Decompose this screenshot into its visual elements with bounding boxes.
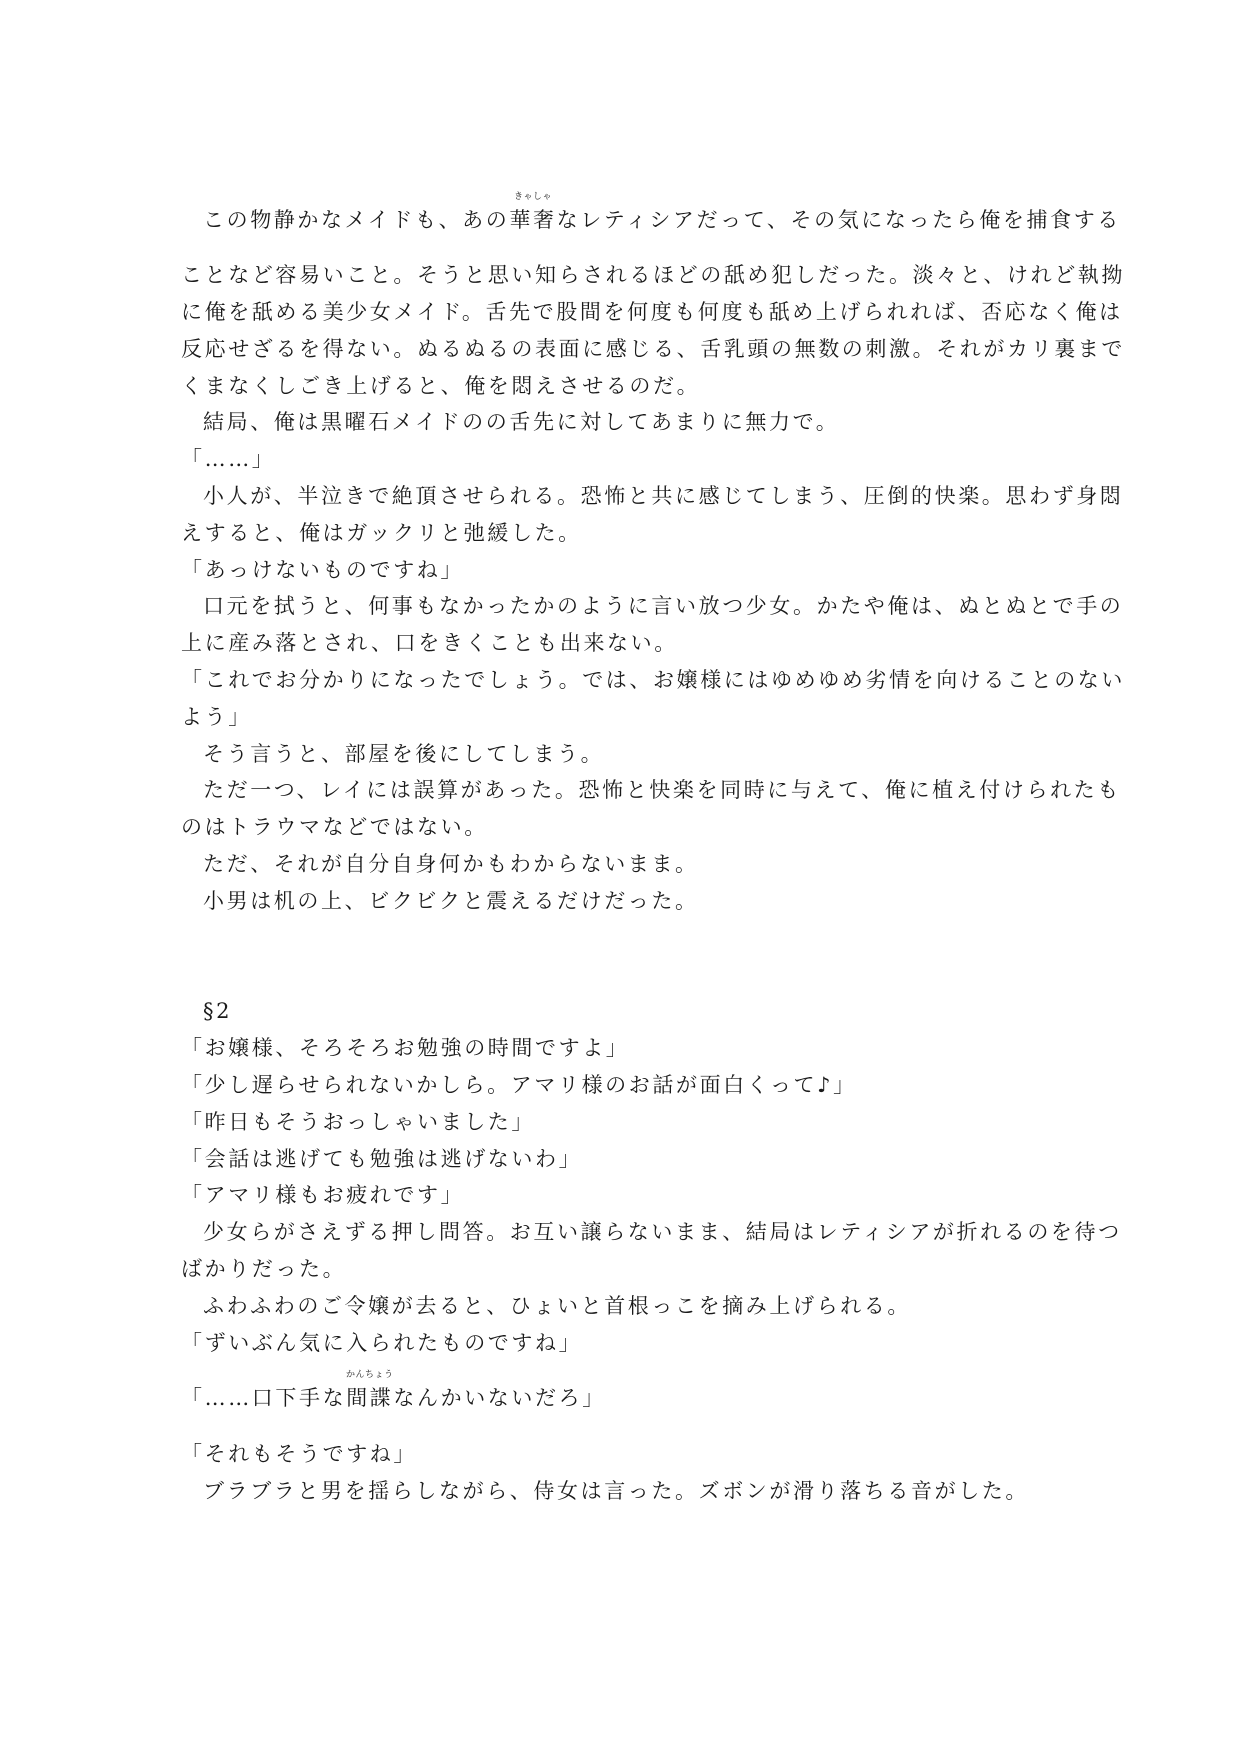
text-line: 「……口下手な間諜かんちょうなんかいないだろ」 bbox=[181, 1384, 1051, 1412]
text-line: 「それもそうですね」 bbox=[181, 1440, 1051, 1468]
ruby-word: 華奢きゃしゃ bbox=[509, 206, 556, 234]
ruby-base: 間諜 bbox=[346, 1386, 393, 1410]
text-line: この物静かなメイドも、あの華奢きゃしゃなレティシアだって、その気になったら俺を捕… bbox=[181, 206, 1051, 234]
text-line: ただ一つ、レイには誤算があった。恐怖と快楽を同時に与えて、俺に植え付けられたも bbox=[181, 776, 1051, 804]
ruby-annotation: かんちょう bbox=[346, 1370, 394, 1380]
text-line: 「あっけないものですね」 bbox=[181, 556, 1051, 584]
text-line: ばかりだった。 bbox=[181, 1255, 1051, 1283]
text-line: 「お嬢様、そろそろお勉強の時間ですよ」 bbox=[181, 1034, 1051, 1062]
text-line: ことなど容易いこと。そうと思い知らされるほどの舐め犯しだった。淡々と、けれど執拗 bbox=[181, 261, 1051, 289]
text-line: ただ、それが自分自身何かもわからないまま。 bbox=[181, 850, 1051, 878]
text-line: に俺を舐める美少女メイド。舌先で股間を何度も何度も舐め上げられれば、否応なく俺は bbox=[181, 298, 1051, 326]
text-line: えすると、俺はガックリと弛緩した。 bbox=[181, 519, 1051, 547]
text-line: 「……」 bbox=[181, 445, 1051, 473]
text-segment: この物静かなメイドも、あの bbox=[203, 208, 509, 232]
text-line: 口元を拭うと、何事もなかったかのように言い放つ少女。かたや俺は、ぬとぬとで手の bbox=[181, 592, 1051, 620]
text-line: ふわふわのご令嬢が去ると、ひょいと首根っこを摘み上げられる。 bbox=[181, 1292, 1051, 1320]
text-line: 「少し遅らせられないかしら。アマリ様のお話が面白くって♪」 bbox=[181, 1071, 1051, 1099]
text-line: のはトラウマなどではない。 bbox=[181, 813, 1051, 841]
text-line: 「昨日もそうおっしゃいました」 bbox=[181, 1108, 1051, 1136]
ruby-word: 間諜かんちょう bbox=[346, 1384, 393, 1412]
text-segment: 「……口下手な bbox=[181, 1386, 346, 1410]
text-line: 上に産み落とされ、口をきくことも出来ない。 bbox=[181, 629, 1051, 657]
text-line: よう」 bbox=[181, 703, 1051, 731]
text-line: 少女らがさえずる押し問答。お互い譲らないまま、結局はレティシアが折れるのを待つ bbox=[181, 1218, 1051, 1246]
section-heading: §2 bbox=[181, 997, 1051, 1025]
text-line: 結局、俺は黒曜石メイドのの舌先に対してあまりに無力で。 bbox=[181, 408, 1051, 436]
text-segment: なんかいないだろ」 bbox=[393, 1386, 605, 1410]
text-line: 反応せざるを得ない。ぬるぬるの表面に感じる、舌乳頭の無数の刺激。それがカリ裏まで bbox=[181, 335, 1051, 363]
text-line: 小人が、半泣きで絶頂させられる。恐怖と共に感じてしまう、圧倒的快楽。思わず身悶 bbox=[181, 482, 1051, 510]
ruby-base: 華奢 bbox=[509, 208, 556, 232]
text-line: 「会話は逃げても勉強は逃げないわ」 bbox=[181, 1145, 1051, 1173]
text-line: 小男は机の上、ビクビクと震えるだけだった。 bbox=[181, 887, 1051, 915]
text-line: そう言うと、部屋を後にしてしまう。 bbox=[181, 740, 1051, 768]
text-line: くまなくしごき上げると、俺を悶えさせるのだ。 bbox=[181, 372, 1051, 400]
text-line: ブラブラと男を揺らしながら、侍女は言った。ズボンが滑り落ちる音がした。 bbox=[181, 1477, 1051, 1505]
text-line: 「これでお分かりになったでしょう。では、お嬢様にはゆめゆめ劣情を向けることのない bbox=[181, 666, 1051, 694]
ruby-annotation: きゃしゃ bbox=[514, 192, 552, 202]
text-line: 「アマリ様もお疲れです」 bbox=[181, 1181, 1051, 1209]
text-line: 「ずいぶん気に入られたものですね」 bbox=[181, 1329, 1051, 1357]
text-segment: なレティシアだって、その気になったら俺を捕食する bbox=[557, 208, 1121, 232]
